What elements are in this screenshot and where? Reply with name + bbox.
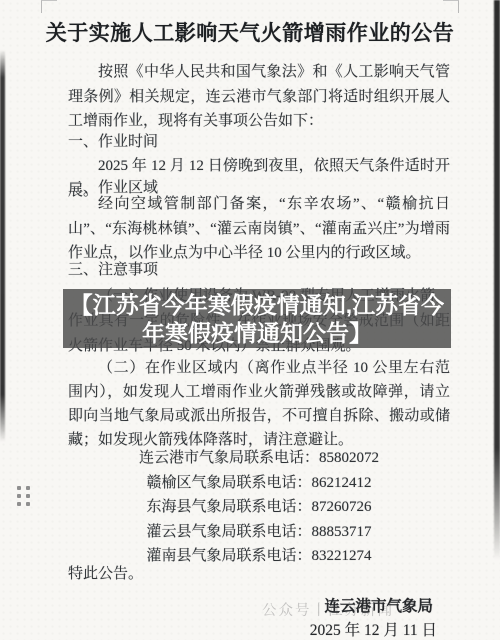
section1-heading: 一、作业时间 [68,131,450,153]
dot [26,486,30,490]
section3-item2: （二）在作业区域内（离作业点半径 10 公里左右范围内），如发现人工增雨作业火箭… [68,356,450,452]
page-corner-mark-right [443,0,459,13]
caption-line1: 【江苏省今年寒假疫情通知,江苏省今 [70,291,444,319]
caption-overlay: 【江苏省今年寒假疫情通知,江苏省今 年寒假疫情通知公告】 [63,289,451,348]
contact-line: 赣榆区气象局联系电话：86212412 [68,471,450,496]
closing-line: 特此公告。 [68,562,450,583]
issuer-name: 连云港市气象局 [0,594,433,616]
page-corner-mark-left [41,0,57,13]
dot [26,494,30,498]
notice-title: 关于实施人工影响天气火箭增雨作业的公告 [0,17,500,47]
dot [17,486,21,490]
dots-pattern [17,486,30,506]
document-photo: 关于实施人工影响天气火箭增雨作业的公告 按照《中华人民共和国气象法》和《人工影响… [0,0,500,640]
contact-line: 连云港市气象局联系电话：85802072 [68,446,450,471]
caption-line2: 年寒假疫情通知公告】 [142,319,372,347]
notice-intro: 按照《中华人民共和国气象法》和《人工影响天气管理条例》相关规定，连云港市气象部门… [68,60,450,134]
contact-line: 东海县气象局联系电话：87260726 [68,495,450,520]
dot [17,502,21,506]
contact-list: 连云港市气象局联系电话：85802072 赣榆区气象局联系电话：86212412… [68,446,450,569]
issue-date: 2025 年 12 月 11 日 [0,618,437,640]
dot [26,502,30,506]
photo-edge-left [0,50,5,442]
section2-body: 经向空域管制部门备案，“东辛农场”、“赣榆抗日山”、“东海桃林镇”、“灌云南岗镇… [68,192,450,266]
photo-edge-right [494,0,500,560]
dot [17,494,21,498]
section3-heading: 三、注意事项 [68,259,450,281]
contact-line: 灌云县气象局联系电话：88853717 [68,520,450,545]
